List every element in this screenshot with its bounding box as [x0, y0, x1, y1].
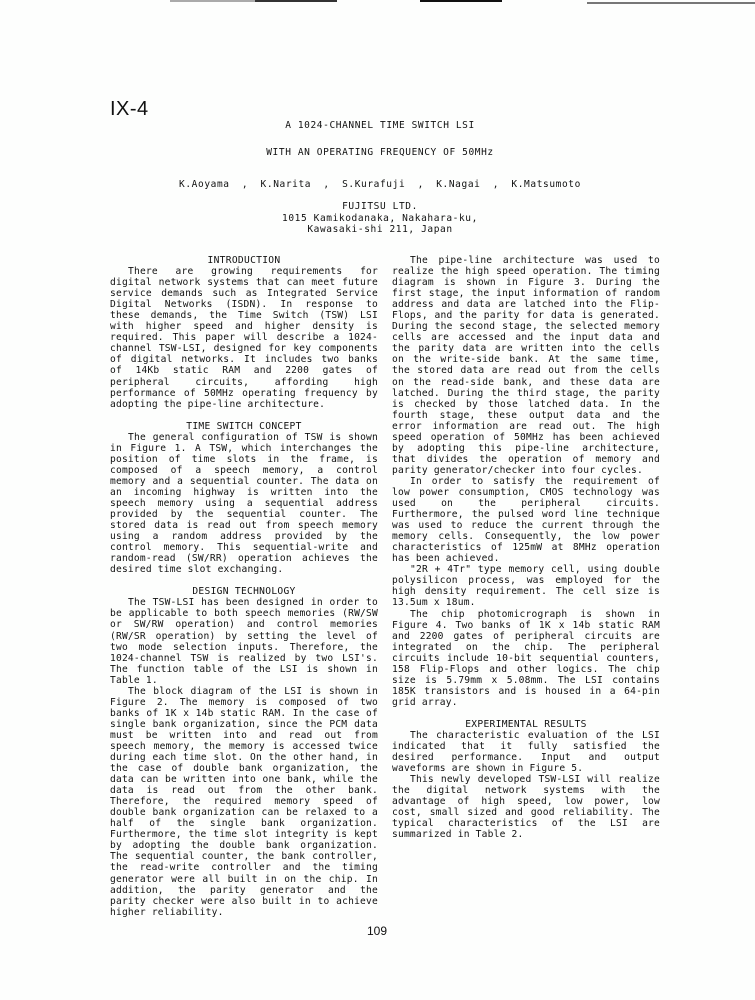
affiliation-address1: 1015 Kamikodanaka, Nakahara-ku,: [100, 213, 660, 225]
affiliation-address2: Kawasaki-shi 211, Japan: [100, 224, 660, 236]
paragraph-memory-cell: "2R + 4Tr" type memory cell, using doubl…: [392, 564, 660, 608]
scan-edge-mark: [170, 0, 255, 2]
scan-edge-mark: [587, 2, 755, 4]
spacer: [110, 410, 378, 421]
paragraph-low-power: In order to satisfy the requirement of l…: [392, 476, 660, 564]
authors: K.Aoyama , K.Narita , S.Kurafuji , K.Nag…: [100, 179, 660, 190]
paragraph-design-technology-2: The block diagram of the LSI is shown in…: [110, 686, 378, 918]
left-column: INTRODUCTION There are growing requireme…: [110, 255, 378, 918]
scan-edge-mark: [420, 0, 502, 2]
paragraph-design-technology-1: The TSW-LSI has been designed in order t…: [110, 597, 378, 685]
paragraph-results-2: This newly developed TSW-LSI will realiz…: [392, 774, 660, 840]
paragraph-results-1: The characteristic evaluation of the LSI…: [392, 730, 660, 774]
affiliation: FUJITSU LTD. 1015 Kamikodanaka, Nakahara…: [100, 201, 660, 236]
section-id: IX-4: [110, 98, 149, 121]
right-column: The pipe-line architecture was used to r…: [392, 255, 660, 840]
spacer: [392, 708, 660, 719]
heading-time-switch-concept: TIME SWITCH CONCEPT: [110, 421, 378, 432]
paper-title-line2: WITH AN OPERATING FREQUENCY OF 50MHz: [100, 147, 660, 158]
paragraph-pipeline: The pipe-line architecture was used to r…: [392, 255, 660, 476]
scan-edge-mark: [255, 0, 337, 2]
heading-introduction: INTRODUCTION: [110, 255, 378, 266]
heading-experimental-results: EXPERIMENTAL RESULTS: [392, 719, 660, 730]
paragraph-introduction: There are growing requirements for digit…: [110, 266, 378, 410]
paragraph-time-switch-concept: The general configuration of TSW is show…: [110, 432, 378, 576]
paper-title-line1: A 1024-CHANNEL TIME SWITCH LSI: [100, 120, 660, 131]
spacer: [110, 575, 378, 586]
affiliation-org: FUJITSU LTD.: [100, 201, 660, 213]
paragraph-chip: The chip photomicrograph is shown in Fig…: [392, 609, 660, 708]
page-number: 109: [367, 924, 387, 938]
heading-design-technology: DESIGN TECHNOLOGY: [110, 586, 378, 597]
